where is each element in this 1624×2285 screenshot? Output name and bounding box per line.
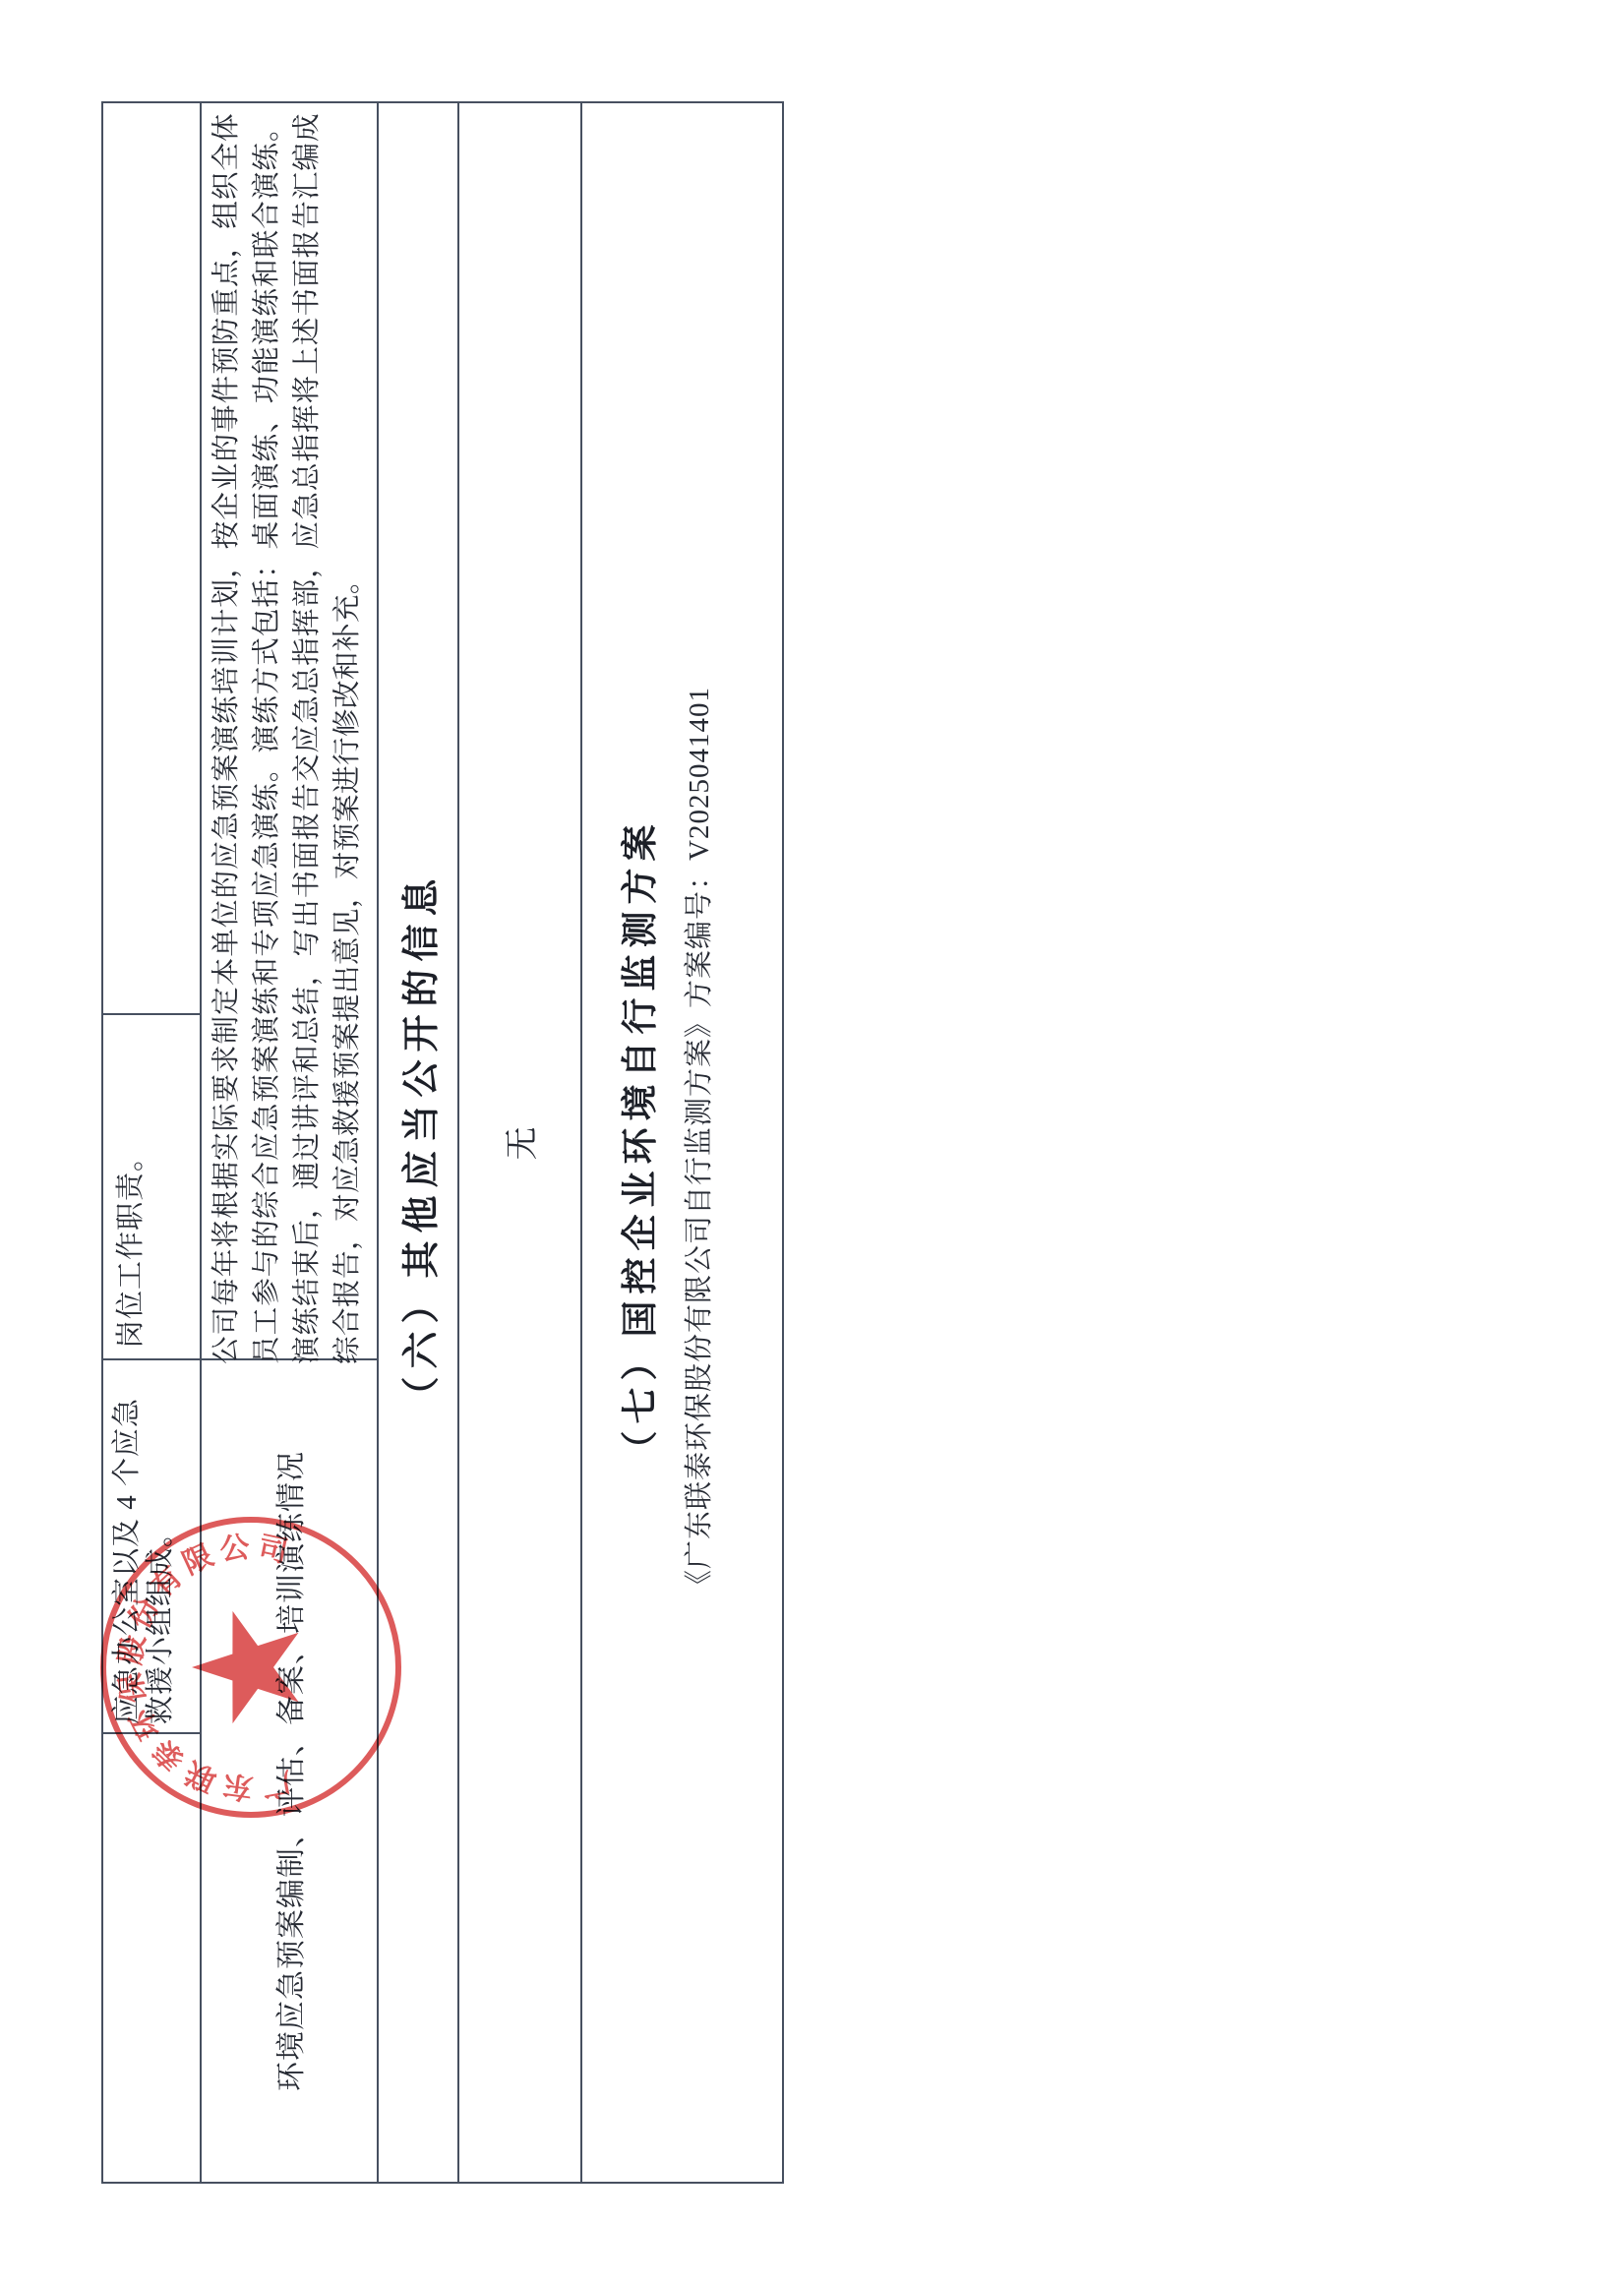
section-six-title: （六）其他应当公开的信息 — [391, 872, 445, 1414]
section-six-content: 无 — [495, 1125, 543, 1161]
continuation-duty-text: 岗位工作职责。 — [114, 1024, 148, 1349]
table-border-duty-right — [101, 1013, 200, 1015]
scanned-document-canvas: { "page": { "continuation_row": { "org_t… — [0, 0, 1624, 2285]
section-seven-plan-number: 《广东联泰环保股份有限公司自行监测方案》方案编号：V2025041401 — [677, 687, 717, 1598]
plan-row-body-paragraph: 公司每年将根据实际要求制定本单位的应急预案演练培训计划，按企业的事件预防重点，组… — [207, 113, 368, 1364]
landscape-document-page: 应急办公室以及 4 个应急救援小组组成。 岗位工作职责。 环境应急预案编制、评估… — [0, 0, 1624, 2285]
section-seven-title: （七）国控企业环境自行监测方案 — [610, 818, 663, 1468]
section-six-content-row: 无 — [459, 101, 578, 2184]
section-six-row: （六）其他应当公开的信息 — [379, 101, 455, 2184]
company-seal: 广东联泰环保股份有限公司 — [95, 1512, 406, 1823]
section-seven-row: （七）国控企业环境自行监测方案 《广东联泰环保股份有限公司自行监测方案》方案编号… — [582, 101, 782, 2184]
seal-star-icon — [192, 1611, 299, 1723]
